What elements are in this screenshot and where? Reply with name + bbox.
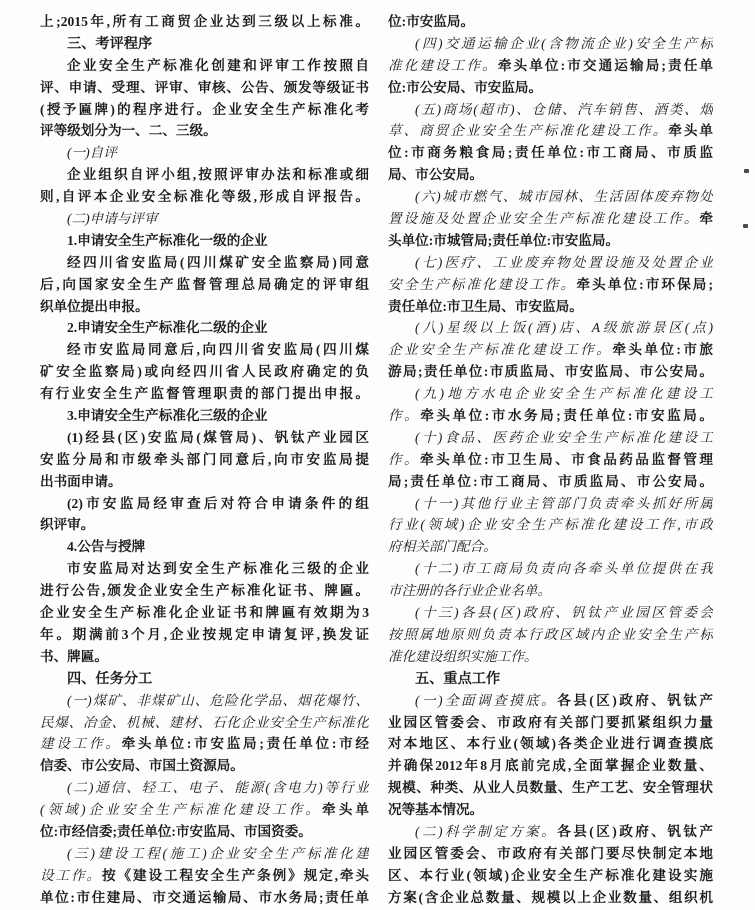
body-text-segment: 况等基本情况。 bbox=[388, 802, 483, 817]
text-line: 企业安全生产标准化建设工作。牵头单位:市旅 bbox=[388, 339, 713, 361]
text-line: (五)商场(超市)、仓储、汽车销售、酒类、烟 bbox=[388, 99, 713, 121]
text-line: 局、市公安局。 bbox=[388, 164, 713, 186]
text-line: 经四川省安监局(四川煤矿安全监察局)同意 bbox=[40, 252, 369, 274]
body-text-segment: 织单位提出申报。 bbox=[40, 299, 149, 314]
kai-text-segment: (二)通信、轻工、电子、能源(含电力)等行业 bbox=[67, 780, 369, 795]
text-line: 三、考评程序 bbox=[40, 33, 369, 55]
text-line: 经市安监局同意后,向四川省安监局(四川煤 bbox=[40, 339, 369, 361]
body-text-segment: 单位:市住建局、市交通运输局、市水务局;责任单 bbox=[40, 890, 369, 905]
text-line: 四、任务分工 bbox=[40, 668, 369, 690]
text-line: 位:市安监局。 bbox=[388, 11, 713, 33]
text-line: (七)医疗、工业废弃物处置设施及处置企业 bbox=[388, 252, 713, 274]
kai-text-segment: (二)申请与评审 bbox=[67, 211, 158, 226]
body-text-segment: 3.申请安全生产标准化三级的企业 bbox=[67, 408, 268, 423]
body-text-segment: 评、申请、受理、评审、审核、公告、颁发等级证书 bbox=[40, 80, 369, 95]
left-column: 上;2015年,所有工商贸企业达到三级以上标准。三、考评程序企业安全生产标准化创… bbox=[40, 11, 369, 909]
text-line: (八)星级以上饭(酒)店、A级旅游景区(点) bbox=[388, 317, 713, 339]
section-heading: 五、重点工作 bbox=[415, 671, 500, 687]
kai-text-segment: (一)全面调查摸底。 bbox=[415, 693, 557, 708]
kai-text-segment: 按照属地原则负责本行政区域内企业安全生产标 bbox=[388, 627, 713, 642]
body-text-segment: 1.申请安全生产标准化一级的企业 bbox=[67, 233, 268, 248]
kai-text-segment: (十一)其他行业主管部门负责牵头抓好所属 bbox=[415, 496, 713, 511]
body-text-segment: 牵头单位:市水务局;责任单位:市安监局。 bbox=[420, 408, 713, 423]
text-line: 区、本行业(领域)企业安全生产标准化建设实施 bbox=[388, 865, 713, 887]
kai-text-segment: (七)医疗、工业废弃物处置设施及处置企业 bbox=[415, 255, 713, 270]
text-line: 则,自评本企业安全标准化等级,形成自评报告。 bbox=[40, 186, 369, 208]
text-line: (一)自评 bbox=[40, 142, 369, 164]
text-line: 业园区管委会、市政府有关部门要尽快制定本地 bbox=[388, 843, 713, 865]
body-text-segment: 则,自评本企业安全标准化等级,形成自评报告。 bbox=[40, 189, 369, 204]
scan-speck bbox=[744, 169, 749, 173]
body-text-segment: 市安监局对达到安全生产标准化三级的企业 bbox=[67, 561, 369, 576]
body-text-segment: 经四川省安监局(四川煤矿安全监察局)同意 bbox=[67, 255, 369, 270]
kai-text-segment: 作。 bbox=[388, 408, 420, 423]
kai-text-segment: 企业安全生产标准化建设工作。 bbox=[388, 342, 612, 357]
text-line: 上;2015年,所有工商贸企业达到三级以上标准。 bbox=[40, 11, 369, 33]
text-line: 位:市经信委;责任单位:市安监局、市国资委。 bbox=[40, 821, 369, 843]
text-line: 位:市商务粮食局;责任单位:市工商局、市质监 bbox=[388, 142, 713, 164]
body-text-segment: 进行公告,颁发企业安全生产标准化证书、牌匾。 bbox=[40, 583, 369, 598]
text-line: 作。牵头单位:市卫生局、市食品药品监督管理 bbox=[388, 449, 713, 471]
text-line: 设工作。按《建设工程安全生产条例》规定,牵头 bbox=[40, 865, 369, 887]
body-text-segment: 各县(区)政府、钒钛产 bbox=[557, 824, 713, 839]
kai-text-segment: 作。 bbox=[388, 452, 420, 467]
body-text-segment: 书、牌匾。 bbox=[40, 649, 108, 664]
kai-text-segment: (六)城市燃气、城市园林、生活固体废弃物处 bbox=[415, 189, 713, 204]
kai-text-segment: (领域)企业安全生产标准化建设工作。 bbox=[40, 802, 322, 817]
kai-text-segment: 草、商贸企业安全生产标准化建设工作。 bbox=[388, 123, 668, 138]
body-text-segment: 织评审。 bbox=[40, 517, 94, 532]
text-line: 况等基本情况。 bbox=[388, 799, 713, 821]
kai-text-segment: (一)煤矿、非煤矿山、危险化学品、烟花爆竹、 bbox=[67, 693, 369, 708]
body-text-segment: 牵头单位:市旅 bbox=[612, 342, 713, 357]
text-line: 位:市公安局、市安监局。 bbox=[388, 77, 713, 99]
text-line: 民爆、冶金、机械、建材、石化企业安全生产标准化 bbox=[40, 712, 369, 734]
kai-text-segment: (三)建设工程(施工)企业安全生产标准化建 bbox=[67, 846, 369, 861]
text-line: (二)科学制定方案。各县(区)政府、钒钛产 bbox=[388, 821, 713, 843]
body-text-segment: (1)经县(区)安监局(煤管局)、钒钛产业园区 bbox=[67, 430, 369, 445]
kai-text-segment: 府相关部门配合。 bbox=[388, 539, 497, 554]
text-line: (十一)其他行业主管部门负责牵头抓好所属 bbox=[388, 493, 713, 515]
body-text-segment: 上;2015年,所有工商贸企业达到三级以上标准。 bbox=[40, 14, 369, 29]
text-line: (九)地方水电企业安全生产标准化建设工 bbox=[388, 383, 713, 405]
text-line: 2.申请安全生产标准化二级的企业 bbox=[40, 317, 369, 339]
text-line: 府相关部门配合。 bbox=[388, 536, 713, 558]
kai-text-segment: 设工作。 bbox=[40, 868, 102, 883]
text-line: 安监分局和市级牵头部门同意后,向市安监局提 bbox=[40, 449, 369, 471]
text-line: 局;责任单位:市工商局、市质监局、市公安局。 bbox=[388, 471, 713, 493]
body-text-segment: 安监分局和市级牵头部门同意后,向市安监局提 bbox=[40, 452, 369, 467]
kai-text-segment: (四)交通运输企业(含物流企业)安全生产标 bbox=[415, 36, 713, 51]
kai-text-segment: 民爆、冶金、机械、建材、石化企业安全生产标准化 bbox=[40, 715, 369, 730]
text-line: (领域)企业安全生产标准化建设工作。牵头单 bbox=[40, 799, 369, 821]
body-text-segment: 年。期满前3个月,企业按规定申请复评,换发证 bbox=[40, 627, 369, 642]
body-text-segment: 业园区管委会、市政府有关部门要尽快制定本地 bbox=[388, 846, 713, 861]
text-line: (十)食品、医药企业安全生产标准化建设工 bbox=[388, 427, 713, 449]
text-line: (一)全面调查摸底。各县(区)政府、钒钛产 bbox=[388, 690, 713, 712]
text-line: 进行公告,颁发企业安全生产标准化证书、牌匾。 bbox=[40, 580, 369, 602]
text-line: 后,向国家安全生产监督管理总局确定的评审组 bbox=[40, 274, 369, 296]
kai-text-segment: (五)商场(超市)、仓储、汽车销售、酒类、烟 bbox=[415, 102, 713, 117]
text-line: 评等级划分为一、二、三级。 bbox=[40, 120, 369, 142]
body-text-segment: 牵头单位:市卫生局、市食品药品监督管理 bbox=[420, 452, 713, 467]
text-line: 作。牵头单位:市水务局;责任单位:市安监局。 bbox=[388, 405, 713, 427]
text-line: 矿安全监察局)或向经四川省人民政府确定的负 bbox=[40, 361, 369, 383]
body-text-segment: 规模、种类、从业人员数量、生产工艺、安全管理状 bbox=[388, 780, 713, 795]
text-line: (六)城市燃气、城市园林、生活固体废弃物处 bbox=[388, 186, 713, 208]
text-line: 单位:市住建局、市交通运输局、市水务局;责任单 bbox=[40, 887, 369, 909]
text-line: 1.申请安全生产标准化一级的企业 bbox=[40, 230, 369, 252]
body-text-segment: 按《建设工程安全生产条例》规定,牵头 bbox=[102, 868, 369, 883]
section-heading: 三、考评程序 bbox=[67, 36, 152, 52]
text-line: 书、牌匾。 bbox=[40, 646, 369, 668]
kai-text-segment: (九)地方水电企业安全生产标准化建设工 bbox=[415, 386, 713, 401]
body-text-segment: 并确保2012年8月底前完成,全面掌握企业数量、 bbox=[388, 758, 713, 773]
right-column: 位:市安监局。(四)交通运输企业(含物流企业)安全生产标准化建设工作。牵头单位:… bbox=[388, 11, 713, 909]
kai-text-segment: (十)食品、医药企业安全生产标准化建设工 bbox=[415, 430, 713, 445]
text-line: 市安监局对达到安全生产标准化三级的企业 bbox=[40, 558, 369, 580]
text-line: 准化建设组织实施工作。 bbox=[388, 646, 713, 668]
kai-text-segment: (一)自评 bbox=[67, 145, 117, 160]
body-text-segment: 有行业安全生产监督管理职责的部门提出申报。 bbox=[40, 386, 369, 401]
text-line: 企业安全生产标准化创建和评审工作按照自 bbox=[40, 55, 369, 77]
text-line: (二)通信、轻工、电子、能源(含电力)等行业 bbox=[40, 777, 369, 799]
text-line: 出书面申请。 bbox=[40, 471, 369, 493]
kai-text-segment: (十三)各县(区)政府、钒钛产业园区管委会 bbox=[415, 605, 713, 620]
body-text-segment: (2)市安监局经审查后对符合申请条件的组 bbox=[67, 496, 369, 511]
text-line: 并确保2012年8月底前完成,全面掌握企业数量、 bbox=[388, 755, 713, 777]
text-line: 草、商贸企业安全生产标准化建设工作。牵头单 bbox=[388, 120, 713, 142]
section-heading: 四、任务分工 bbox=[67, 671, 152, 687]
kai-text-segment: 建设工作。 bbox=[40, 736, 122, 751]
text-line: 企业组织自评小组,按照评审办法和标准或细 bbox=[40, 164, 369, 186]
scan-speck bbox=[743, 224, 748, 228]
body-text-segment: 方案(含企业总数量、规模以上企业数量、组织机 bbox=[388, 890, 713, 905]
body-text-segment: 对本地区、本行业(领域)各类企业进行调查摸底 bbox=[388, 736, 713, 751]
text-line: 市注册的各行业企业名单。 bbox=[388, 580, 713, 602]
body-text-segment: 区、本行业(领域)企业安全生产标准化建设实施 bbox=[388, 868, 713, 883]
text-line: 信委、市公安局、市国土资源局。 bbox=[40, 755, 369, 777]
text-line: 游局;责任单位:市质监局、市安监局、市公安局。 bbox=[388, 361, 713, 383]
body-text-segment: 企业安全生产标准化创建和评审工作按照自 bbox=[67, 58, 369, 73]
kai-text-segment: (八)星级以上饭(酒)店、A级旅游景区(点) bbox=[415, 320, 713, 335]
body-text-segment: 信委、市公安局、市国土资源局。 bbox=[40, 758, 244, 773]
body-text-segment: 头单位:市城管局;责任单位:市安监局。 bbox=[388, 233, 619, 248]
body-text-segment: 牵头单位:市安监局;责任单位:市经 bbox=[122, 736, 369, 751]
body-text-segment: 2.申请安全生产标准化二级的企业 bbox=[67, 320, 268, 335]
text-line: 业园区管委会、市政府有关部门要抓紧组织力量 bbox=[388, 712, 713, 734]
kai-text-segment: (十二)市工商局负责向各牵头单位提供在我 bbox=[415, 561, 713, 576]
text-line: 对本地区、本行业(领域)各类企业进行调查摸底 bbox=[388, 733, 713, 755]
text-line: 3.申请安全生产标准化三级的企业 bbox=[40, 405, 369, 427]
text-line: (二)申请与评审 bbox=[40, 208, 369, 230]
body-text-segment: 牵头单位:市环保局; bbox=[576, 277, 713, 292]
kai-text-segment: 准化建设组织实施工作。 bbox=[388, 649, 538, 664]
body-text-segment: 位:市安监局。 bbox=[388, 14, 474, 29]
body-text-segment: 企业组织自评小组,按照评审办法和标准或细 bbox=[67, 167, 369, 182]
body-text-segment: 位:市公安局、市安监局。 bbox=[388, 80, 542, 95]
text-line: 织评审。 bbox=[40, 514, 369, 536]
text-line: 安全生产标准化建设工作。牵头单位:市环保局; bbox=[388, 274, 713, 296]
document-page: 上;2015年,所有工商贸企业达到三级以上标准。三、考评程序企业安全生产标准化创… bbox=[0, 0, 755, 910]
kai-text-segment: 准化建设工作。 bbox=[388, 58, 498, 73]
text-line: 4.公告与授牌 bbox=[40, 536, 369, 558]
text-line: (十二)市工商局负责向各牵头单位提供在我 bbox=[388, 558, 713, 580]
body-text-segment: 游局;责任单位:市质监局、市安监局、市公安局。 bbox=[388, 364, 713, 379]
text-line: 置设施及处置企业安全生产标准化建设工作。牵 bbox=[388, 208, 713, 230]
kai-text-segment: 行业(领域)企业安全生产标准化建设工作,市政 bbox=[388, 517, 713, 532]
text-line: 织单位提出申报。 bbox=[40, 296, 369, 318]
text-line: 行业(领域)企业安全生产标准化建设工作,市政 bbox=[388, 514, 713, 536]
body-text-segment: 位:市经信委;责任单位:市安监局、市国资委。 bbox=[40, 824, 312, 839]
text-line: 头单位:市城管局;责任单位:市安监局。 bbox=[388, 230, 713, 252]
body-text-segment: 出书面申请。 bbox=[40, 474, 122, 489]
text-line: (1)经县(区)安监局(煤管局)、钒钛产业园区 bbox=[40, 427, 369, 449]
text-line: 企业安全生产标准化企业证书和牌匾有效期为3 bbox=[40, 602, 369, 624]
text-line: 规模、种类、从业人员数量、生产工艺、安全管理状 bbox=[388, 777, 713, 799]
text-line: 责任单位:市卫生局、市安监局。 bbox=[388, 296, 713, 318]
body-text-segment: 矿安全监察局)或向经四川省人民政府确定的负 bbox=[40, 364, 369, 379]
text-line: 五、重点工作 bbox=[388, 668, 713, 690]
body-text-segment: 局、市公安局。 bbox=[388, 167, 483, 182]
body-text-segment: 局;责任单位:市工商局、市质监局、市公安局。 bbox=[388, 474, 713, 489]
body-text-segment: 业园区管委会、市政府有关部门要抓紧组织力量 bbox=[388, 715, 713, 730]
text-line: 按照属地原则负责本行政区域内企业安全生产标 bbox=[388, 624, 713, 646]
body-text-segment: 经市安监局同意后,向四川省安监局(四川煤 bbox=[67, 342, 369, 357]
kai-text-segment: 置设施及处置企业安全生产标准化建设工作。 bbox=[388, 211, 699, 226]
text-line: 年。期满前3个月,企业按规定申请复评,换发证 bbox=[40, 624, 369, 646]
body-text-segment: 各县(区)政府、钒钛产 bbox=[557, 693, 713, 708]
body-text-segment: 企业安全生产标准化企业证书和牌匾有效期为3 bbox=[40, 605, 369, 620]
text-line: (十三)各县(区)政府、钒钛产业园区管委会 bbox=[388, 602, 713, 624]
text-line: 方案(含企业总数量、规模以上企业数量、组织机 bbox=[388, 887, 713, 909]
text-line: (2)市安监局经审查后对符合申请条件的组 bbox=[40, 493, 369, 515]
text-line: 有行业安全生产监督管理职责的部门提出申报。 bbox=[40, 383, 369, 405]
body-text-segment: 4.公告与授牌 bbox=[67, 539, 145, 554]
kai-text-segment: 安全生产标准化建设工作。 bbox=[388, 277, 576, 292]
body-text-segment: 责任单位:市卫生局、市安监局。 bbox=[388, 299, 583, 314]
text-line: 建设工作。牵头单位:市安监局;责任单位:市经 bbox=[40, 733, 369, 755]
body-text-segment: 位:市商务粮食局;责任单位:市工商局、市质监 bbox=[388, 145, 713, 160]
body-text-segment: 牵头单 bbox=[668, 123, 713, 138]
text-line: (一)煤矿、非煤矿山、危险化学品、烟花爆竹、 bbox=[40, 690, 369, 712]
text-line: (四)交通运输企业(含物流企业)安全生产标 bbox=[388, 33, 713, 55]
body-text-segment: 后,向国家安全生产监督管理总局确定的评审组 bbox=[40, 277, 369, 292]
text-line: (授予匾牌)的程序进行。企业安全生产标准化考 bbox=[40, 99, 369, 121]
body-text-segment: 牵头单位:市交通运输局;责任单 bbox=[498, 58, 713, 73]
text-line: 准化建设工作。牵头单位:市交通运输局;责任单 bbox=[388, 55, 713, 77]
body-text-segment: (授予匾牌)的程序进行。企业安全生产标准化考 bbox=[40, 102, 369, 117]
kai-text-segment: (二)科学制定方案。 bbox=[415, 824, 557, 839]
body-text-segment: 牵头单 bbox=[322, 802, 369, 817]
body-text-segment: 评等级划分为一、二、三级。 bbox=[40, 123, 217, 138]
body-text-segment: 牵 bbox=[699, 211, 713, 226]
text-line: 评、申请、受理、评审、审核、公告、颁发等级证书 bbox=[40, 77, 369, 99]
kai-text-segment: 市注册的各行业企业名单。 bbox=[388, 583, 551, 598]
text-line: (三)建设工程(施工)企业安全生产标准化建 bbox=[40, 843, 369, 865]
